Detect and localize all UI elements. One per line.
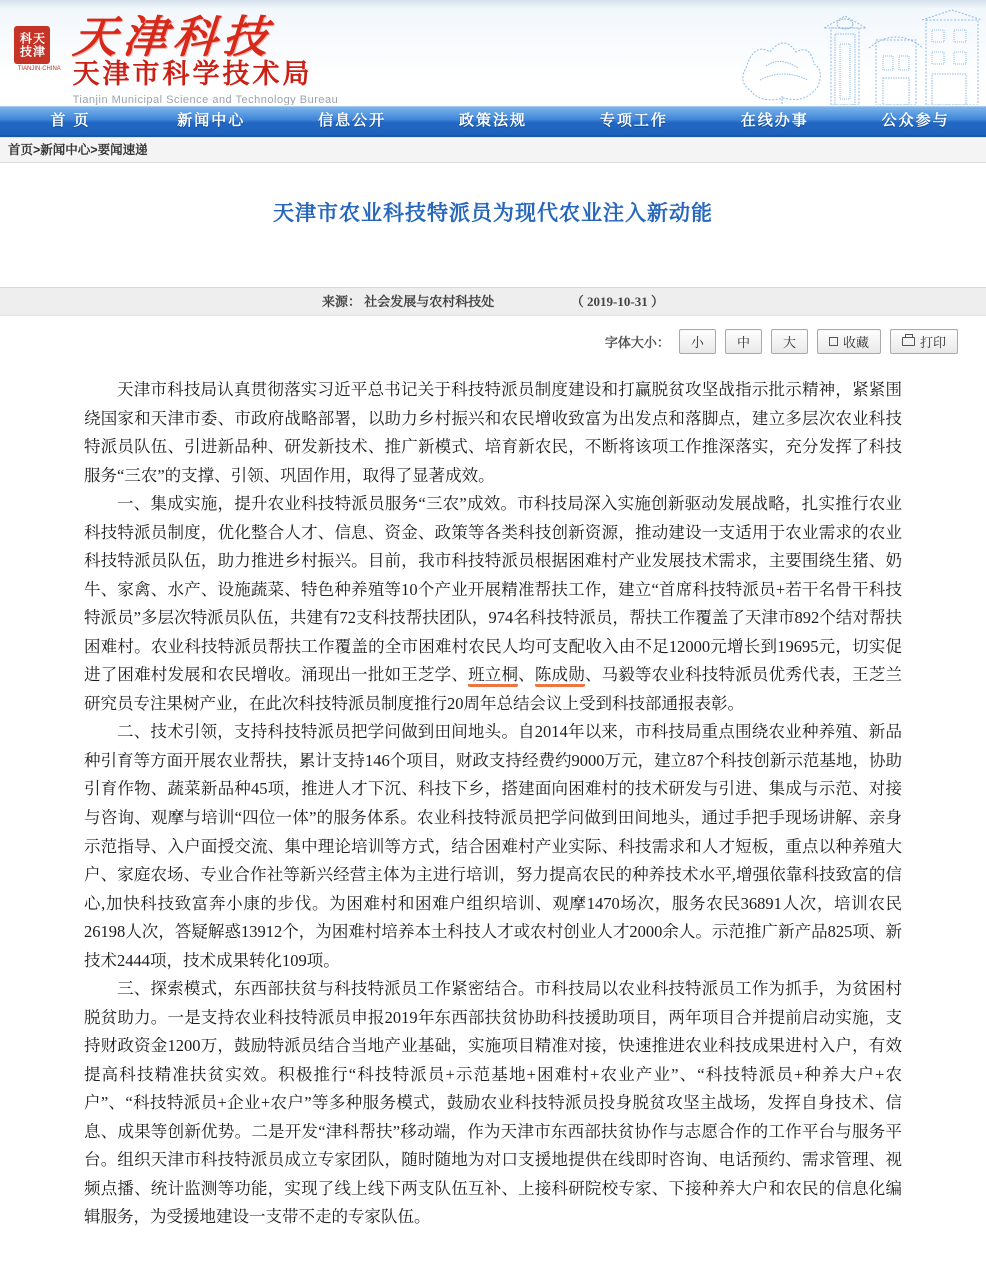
- favorite-label: 收藏: [843, 332, 869, 351]
- annotated-name: 陈成勋: [535, 665, 585, 687]
- org-name: 天津市科学技术局: [73, 60, 339, 88]
- page-title: 天津市农业科技特派员为现代农业注入新动能: [0, 197, 986, 227]
- article-paragraph: 二、技术引领，支持科技特派员把学问做到田间地头。自2014年以来，市科技局重点围…: [84, 718, 902, 975]
- seal-icon: 科技 天津: [14, 26, 50, 64]
- paragraph-text: 三、探索模式，东西部扶贫与科技特派员工作紧密结合。市科技局以农业科技特派员工作为…: [84, 979, 902, 1226]
- site-header: 科技 天津 TIANJIN·CHINA 天津科技 天津市科学技术局 Tianji…: [0, 8, 986, 105]
- article-controls: 字体大小： 小 中 大 收藏 打印: [0, 329, 958, 354]
- seal-caption: TIANJIN·CHINA: [18, 66, 61, 72]
- font-size-label: 字体大小：: [605, 332, 670, 351]
- org-name-english: Tianjin Municipal Science and Technology…: [73, 94, 339, 105]
- print-button[interactable]: 打印: [890, 329, 958, 354]
- breadcrumb[interactable]: 首页>新闻中心>要闻速递: [0, 137, 986, 163]
- nav-list: 首 页新闻中心信息公开政策法规专项工作在线办事公众参与: [0, 107, 986, 135]
- page: 科技 天津 TIANJIN·CHINA 天津科技 天津市科学技术局 Tianji…: [0, 0, 986, 1272]
- font-medium-label: 中: [737, 332, 750, 351]
- nav-item-2[interactable]: 信息公开: [282, 107, 423, 135]
- paragraph-text: 、: [518, 665, 535, 684]
- paragraph-text: 天津市科技局认真贯彻落实习近平总书记关于科技特派员制度建设和打赢脱贫攻坚战指示批…: [84, 380, 902, 485]
- brand-calligraphy-title: 天津科技: [71, 14, 274, 62]
- nav-item-3[interactable]: 政策法规: [423, 107, 564, 135]
- nav-item-5[interactable]: 在线办事: [704, 107, 845, 135]
- font-large-label: 大: [783, 332, 796, 351]
- paragraph-text: 一、集成实施，提升农业科技特派员服务“三农”成效。市科技局深入实施创新驱动发展战…: [84, 494, 902, 684]
- article-paragraph: 一、集成实施，提升农业科技特派员服务“三农”成效。市科技局深入实施创新驱动发展战…: [84, 490, 902, 718]
- font-medium-button[interactable]: 中: [725, 329, 762, 354]
- nav-item-1[interactable]: 新闻中心: [141, 107, 282, 135]
- paragraph-text: 二、技术引领，支持科技特派员把学问做到田间地头。自2014年以来，市科技局重点围…: [84, 722, 902, 969]
- seal-text-right: 天津: [33, 32, 45, 58]
- article-body: 天津市科技局认真贯彻落实习近平总书记关于科技特派员制度建设和打赢脱贫攻坚战指示批…: [0, 354, 986, 1272]
- font-large-button[interactable]: 大: [771, 329, 808, 354]
- source-label: 来源：: [322, 294, 361, 309]
- nav-item-6[interactable]: 公众参与: [845, 107, 986, 135]
- print-label: 打印: [920, 332, 946, 351]
- agency-seal-logo: 科技 天津 TIANJIN·CHINA: [14, 26, 65, 72]
- bookmark-icon: [829, 337, 838, 346]
- printer-icon: [902, 337, 915, 346]
- article-date: （ 2019-10-31 ）: [571, 294, 664, 309]
- main-nav: 首 页新闻中心信息公开政策法规专项工作在线办事公众参与: [0, 106, 986, 137]
- top-strip: [0, 0, 986, 8]
- article-paragraph: 天津市科技局认真贯彻落实习近平总书记关于科技特派员制度建设和打赢脱贫攻坚战指示批…: [84, 376, 902, 490]
- source-bar: 来源： 社会发展与农村科技处 （ 2019-10-31 ）: [0, 287, 986, 316]
- header-building-sketch: [736, 8, 986, 105]
- source-value: 社会发展与农村科技处: [364, 294, 494, 309]
- nav-item-4[interactable]: 专项工作: [563, 107, 704, 135]
- seal-text-left: 科技: [20, 32, 32, 58]
- brand-block: 天津科技 天津市科学技术局 Tianjin Municipal Science …: [73, 14, 339, 105]
- nav-item-0[interactable]: 首 页: [0, 107, 141, 135]
- font-small-button[interactable]: 小: [679, 329, 716, 354]
- article-paragraph: 三、探索模式，东西部扶贫与科技特派员工作紧密结合。市科技局以农业科技特派员工作为…: [84, 975, 902, 1232]
- annotated-name: 班立桐: [468, 665, 518, 687]
- font-small-label: 小: [691, 332, 704, 351]
- favorite-button[interactable]: 收藏: [817, 329, 881, 354]
